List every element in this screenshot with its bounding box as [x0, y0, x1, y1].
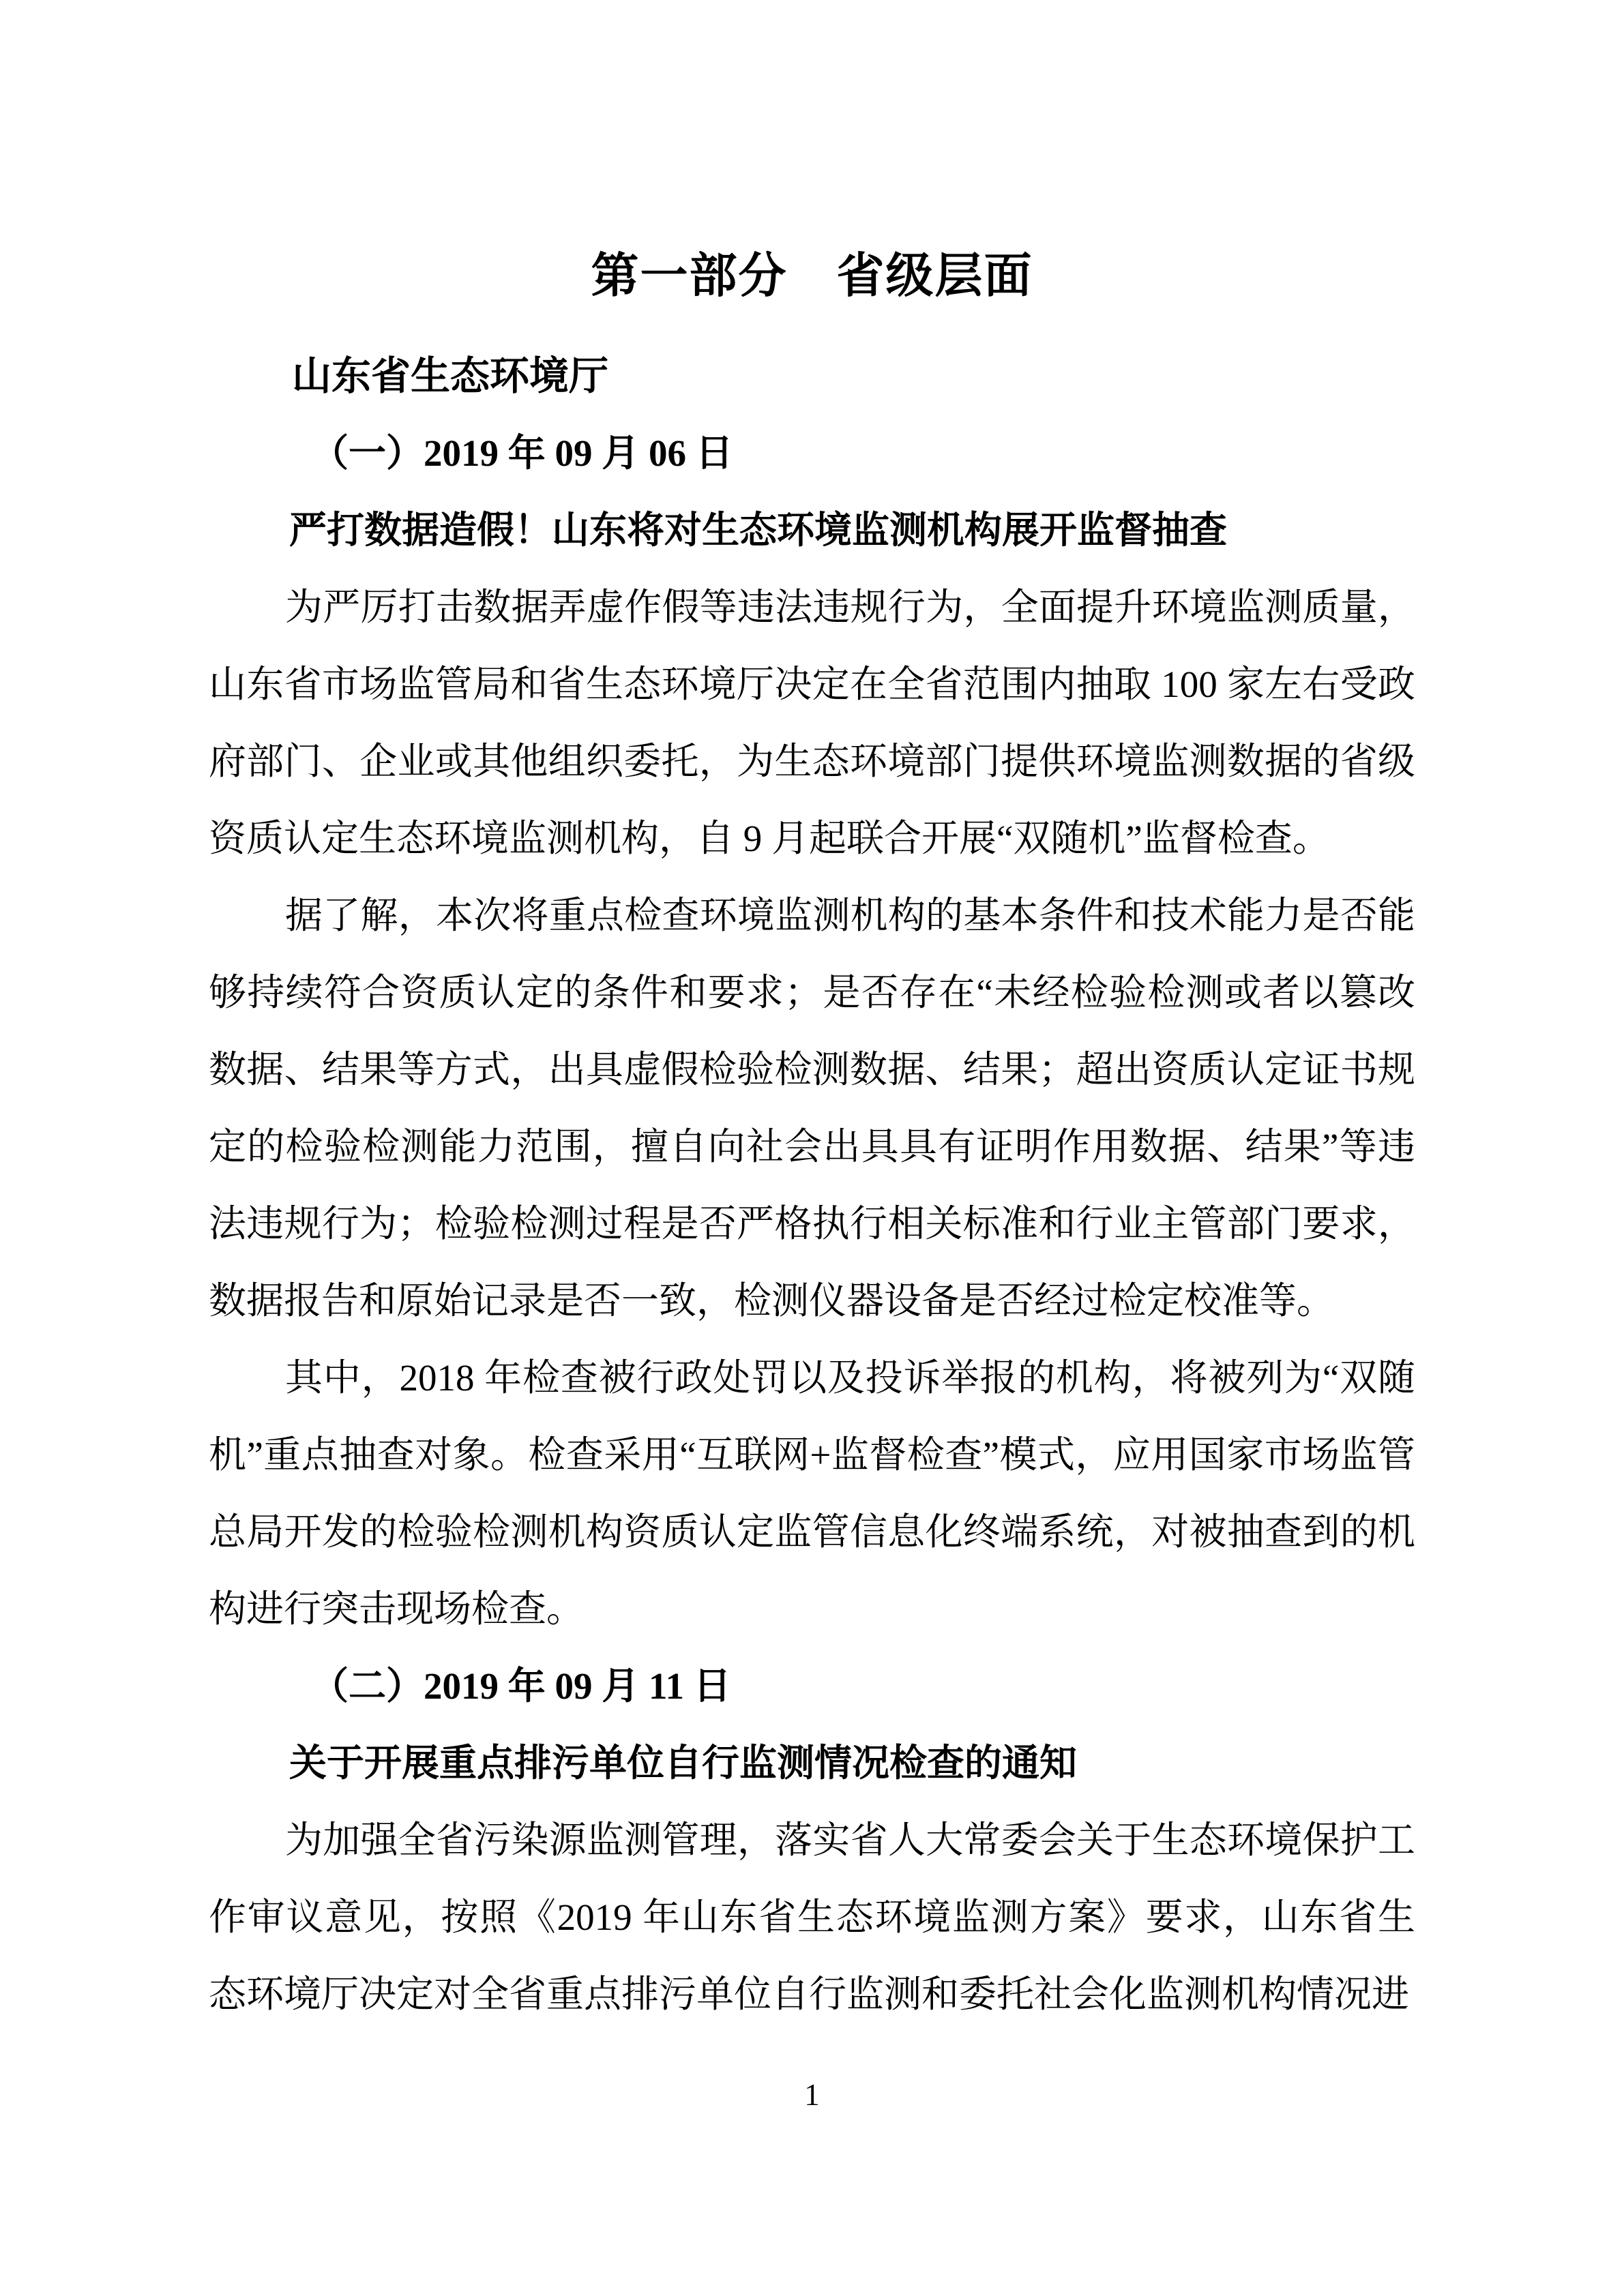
document-page: 第一部分 省级层面 山东省生态环境厅 （一）2019 年 09 月 06 日 严… — [0, 0, 1624, 2296]
entry2-article-title: 关于开展重点排污单位自行监测情况检查的通知 — [209, 1725, 1415, 1802]
entry1-date-heading: （一）2019 年 09 月 06 日 — [311, 415, 1415, 492]
entry2-date-heading: （二）2019 年 09 月 11 日 — [311, 1648, 1415, 1725]
entry1-paragraph-1: 为严厉打击数据弄虚作假等违法违规行为，全面提升环境监测质量，山东省市场监管局和省… — [209, 569, 1415, 877]
org-heading: 山东省生态环境厅 — [292, 338, 1415, 415]
page-number: 1 — [0, 2074, 1624, 2115]
page-title: 第一部分 省级层面 — [209, 238, 1415, 315]
entry1-paragraph-3: 其中，2018 年检查被行政处罚以及投诉举报的机构，将被列为“双随机”重点抽查对… — [209, 1339, 1415, 1648]
entry2-paragraph-1: 为加强全省污染源监测管理，落实省人大常委会关于生态环境保护工作审议意见，按照《2… — [209, 1802, 1415, 2033]
entry1-article-title: 严打数据造假！山东将对生态环境监测机构展开监督抽查 — [209, 492, 1415, 569]
entry1-paragraph-2: 据了解，本次将重点检查环境监测机构的基本条件和技术能力是否能够持续符合资质认定的… — [209, 877, 1415, 1339]
